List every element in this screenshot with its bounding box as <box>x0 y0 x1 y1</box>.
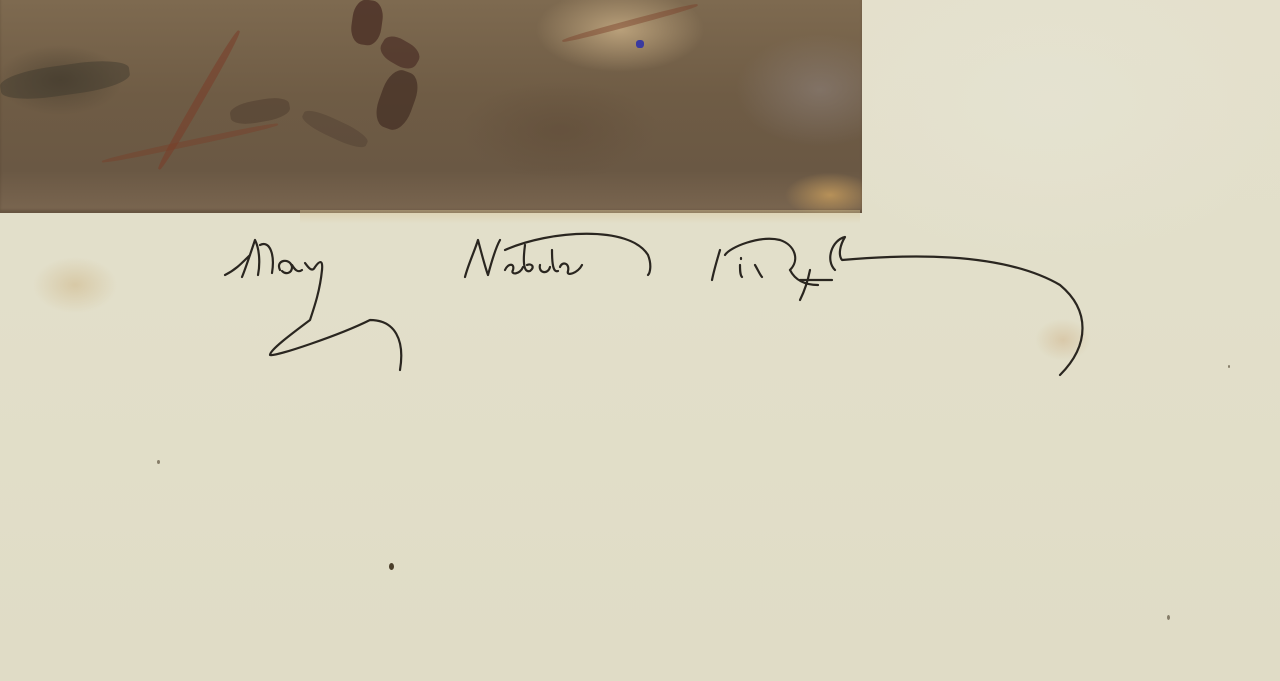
paper-speck <box>1228 365 1230 368</box>
paper-speck <box>157 460 160 464</box>
brush-stroke <box>562 2 699 44</box>
brush-stroke <box>371 66 423 134</box>
paper-speck <box>389 563 394 570</box>
watercolor-painting <box>0 0 862 213</box>
paper-mount: Mary Webster Pinxt <box>0 0 1280 681</box>
brush-stroke <box>0 56 131 104</box>
signature-ink <box>220 225 1100 385</box>
paper-speck <box>1167 615 1170 620</box>
paper-stain <box>300 210 860 224</box>
brush-stroke <box>101 121 278 164</box>
brush-stroke <box>229 95 292 127</box>
brush-stroke <box>349 0 385 47</box>
brush-stroke <box>376 32 423 74</box>
brush-stroke <box>299 106 370 152</box>
blue-paint-fleck <box>636 40 644 48</box>
artist-signature: Mary Webster Pinxt <box>220 225 1100 385</box>
